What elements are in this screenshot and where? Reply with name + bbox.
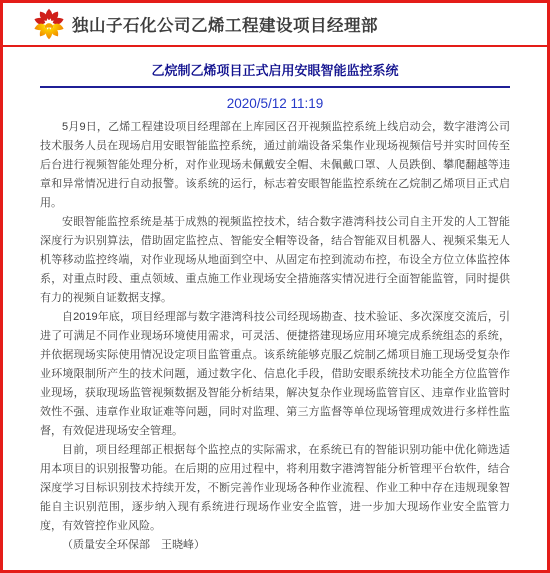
notice-page: 独山子石化公司乙烯工程建设项目经理部 乙烷制乙烯项目正式启用安眼智能监控系统 2… <box>0 0 550 573</box>
masthead: 独山子石化公司乙烯工程建设项目经理部 <box>3 3 547 47</box>
title-divider <box>40 86 510 88</box>
paragraph: 5月9日，乙烯工程建设项目经理部在上库园区召开视频监控系统上线启动会，数字港湾公… <box>40 118 510 213</box>
org-title: 独山子石化公司乙烯工程建设项目经理部 <box>72 12 378 36</box>
article-title: 乙烷制乙烯项目正式启用安眼智能监控系统 <box>40 60 510 79</box>
paragraph: 自2019年底，项目经理部与数字港湾科技公司经现场勘查、技术验证、多次深度交流后… <box>40 308 510 441</box>
signature: （质量安全环保部 王晓峰） <box>40 536 510 555</box>
paragraph: 安眼智能监控系统是基于成熟的视频监控技术，结合数字港湾科技公司自主开发的人工智能… <box>40 213 510 308</box>
article: 乙烷制乙烯项目正式启用安眼智能监控系统 2020/5/12 11:19 5月9日… <box>3 60 547 555</box>
paragraph: 目前，项目经理部正根据每个监控点的实际需求，在系统已有的智能识别功能中优化筛选适… <box>40 441 510 536</box>
article-date: 2020/5/12 11:19 <box>40 96 510 111</box>
article-body: 5月9日，乙烯工程建设项目经理部在上库园区召开视频监控系统上线启动会，数字港湾公… <box>40 118 510 555</box>
petrochina-logo-icon <box>32 7 66 41</box>
